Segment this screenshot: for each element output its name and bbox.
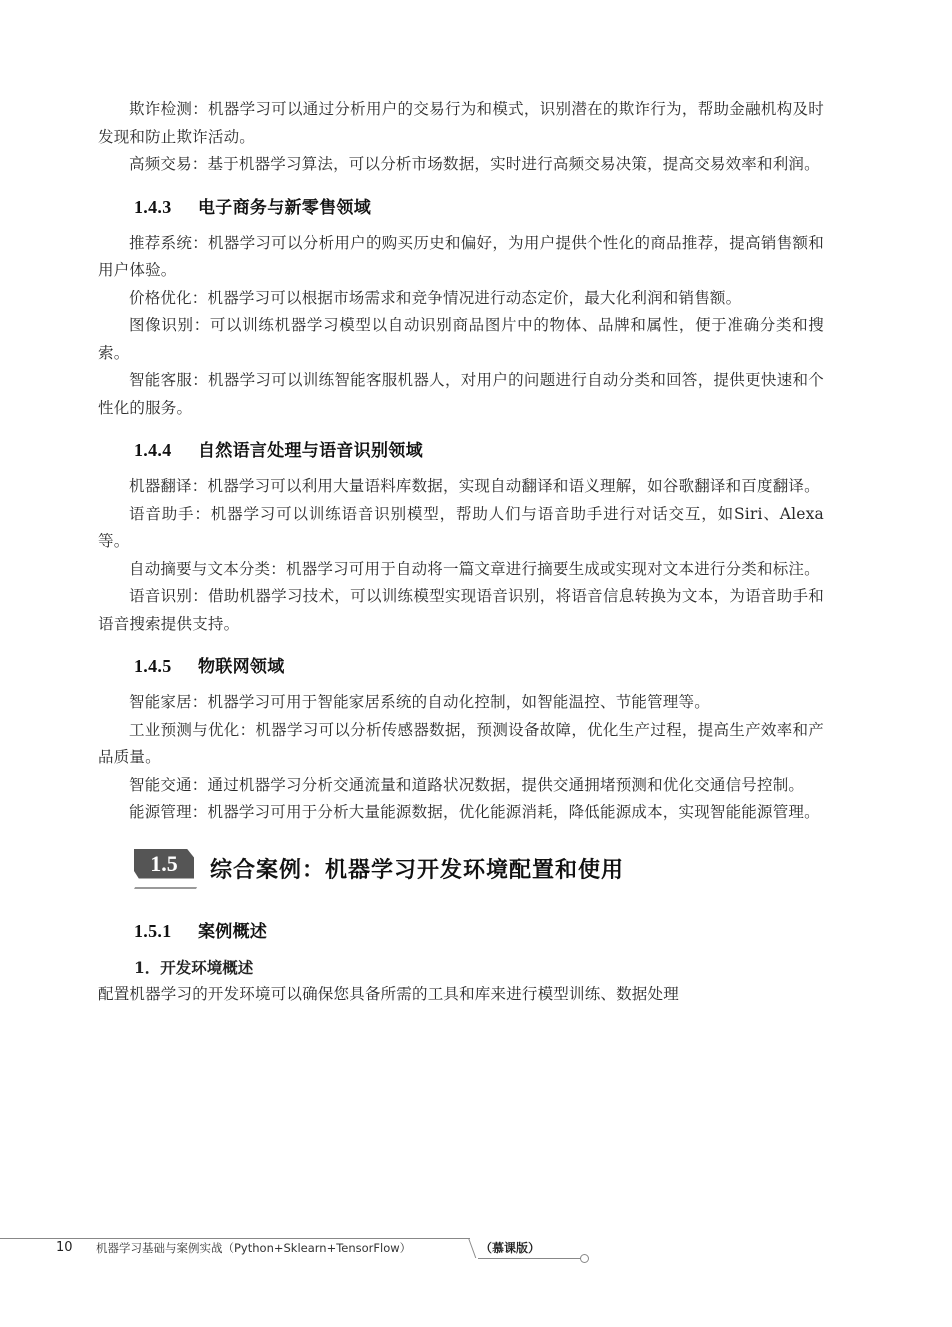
paragraph: 语音识别：借助机器学习技术，可以训练模型实现语音识别，将语音信息转换为文本，为语… xyxy=(98,583,824,638)
section-number: 1.5.1 xyxy=(134,921,198,942)
paragraph: 机器翻译：机器学习可以利用大量语料库数据，实现自动翻译和语义理解，如谷歌翻译和百… xyxy=(98,473,824,501)
section-number: 1.4.5 xyxy=(134,656,198,677)
section-badge: 1.5 xyxy=(134,849,202,889)
section-title: 案例概述 xyxy=(198,922,267,942)
section-heading-1-5-1: 1.5.1案例概述 xyxy=(134,917,824,942)
main-section-title: 综合案例：机器学习开发环境配置和使用 xyxy=(210,853,624,884)
section-heading-1-4-5: 1.4.5物联网领域 xyxy=(134,652,824,677)
main-section-heading: 1.5 综合案例：机器学习开发环境配置和使用 xyxy=(134,849,824,889)
section-heading-1-4-4: 1.4.4自然语言处理与语音识别领域 xyxy=(134,436,824,461)
footer-rule xyxy=(478,1258,582,1259)
edition-label: （慕课版） xyxy=(480,1239,540,1256)
section-number-badge: 1.5 xyxy=(134,849,194,879)
paragraph: 推荐系统：机器学习可以分析用户的购买历史和偏好，为用户提供个性化的商品推荐，提高… xyxy=(98,230,824,285)
paragraph: 智能家居：机器学习可用于智能家居系统的自动化控制，如智能温控、节能管理等。 xyxy=(98,689,824,717)
paragraph: 价格优化：机器学习可以根据市场需求和竞争情况进行动态定价，最大化利润和销售额。 xyxy=(98,285,824,313)
badge-underline-decoration xyxy=(134,882,200,889)
paragraph-high-frequency-trading: 高频交易：基于机器学习算法，可以分析市场数据，实时进行高频交易决策，提高交易效率… xyxy=(98,151,824,179)
book-title: 机器学习基础与案例实战（Python+Sklearn+TensorFlow） xyxy=(96,1240,411,1256)
item-heading: 1．开发环境概述 xyxy=(134,954,824,981)
section-number: 1.4.3 xyxy=(134,197,198,218)
paragraph: 配置机器学习的开发环境可以确保您具备所需的工具和库来进行模型训练、数据处理 xyxy=(98,981,824,1009)
section-title: 物联网领域 xyxy=(198,657,285,677)
paragraph: 能源管理：机器学习可用于分析大量能源数据，优化能源消耗，降低能源成本，实现智能能… xyxy=(98,799,824,827)
paragraph: 智能交通：通过机器学习分析交通流量和道路状况数据，提供交通拥堵预测和优化交通信号… xyxy=(98,772,824,800)
section-number: 1.4.4 xyxy=(134,440,198,461)
section-heading-1-4-3: 1.4.3电子商务与新零售领域 xyxy=(134,193,824,218)
paragraph: 工业预测与优化：机器学习可以分析传感器数据，预测设备故障，优化生产过程，提高生产… xyxy=(98,717,824,772)
paragraph: 智能客服：机器学习可以训练智能客服机器人，对用户的问题进行自动分类和回答，提供更… xyxy=(98,367,824,422)
footer-rule xyxy=(0,1238,470,1239)
footer-circle-decoration xyxy=(580,1254,589,1263)
page-number: 10 xyxy=(56,1240,73,1255)
page-content: 欺诈检测：机器学习可以通过分析用户的交易行为和模式，识别潜在的欺诈行为，帮助金融… xyxy=(98,96,824,1008)
section-title: 自然语言处理与语音识别领域 xyxy=(198,441,423,461)
page-footer: 10 机器学习基础与案例实战（Python+Sklearn+TensorFlow… xyxy=(0,1232,600,1272)
paragraph-fraud-detection: 欺诈检测：机器学习可以通过分析用户的交易行为和模式，识别潜在的欺诈行为，帮助金融… xyxy=(98,96,824,151)
paragraph: 语音助手：机器学习可以训练语音识别模型，帮助人们与语音助手进行对话交互，如Sir… xyxy=(98,501,824,556)
paragraph: 图像识别：可以训练机器学习模型以自动识别商品图片中的物体、品牌和属性，便于准确分… xyxy=(98,312,824,367)
section-title: 电子商务与新零售领域 xyxy=(198,198,371,218)
paragraph: 自动摘要与文本分类：机器学习可用于自动将一篇文章进行摘要生成或实现对文本进行分类… xyxy=(98,556,824,584)
